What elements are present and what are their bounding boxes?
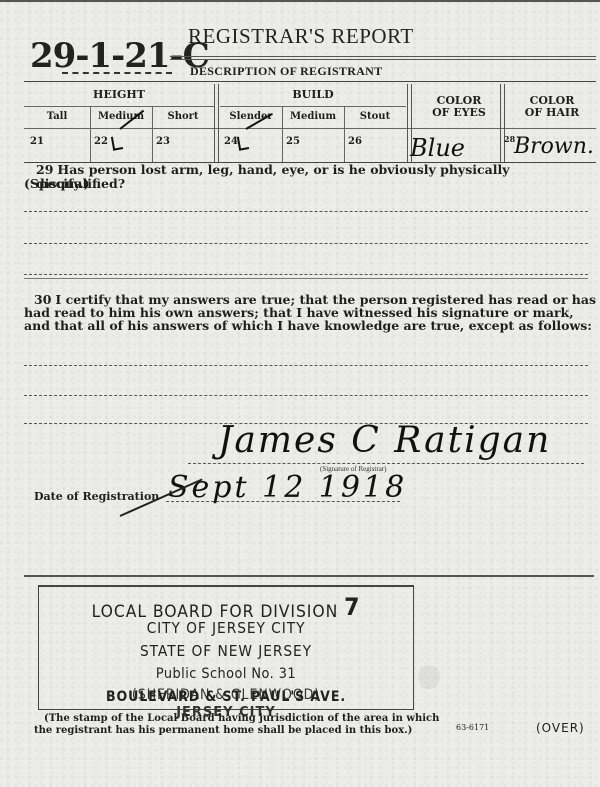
col-tall: Tall bbox=[24, 111, 90, 122]
title-rule-2 bbox=[170, 59, 596, 60]
divider bbox=[24, 128, 596, 129]
answer-line-29-3[interactable] bbox=[24, 274, 588, 275]
title-rule bbox=[170, 56, 596, 57]
answer-line-30-1[interactable] bbox=[24, 365, 588, 366]
build-header: BUILD bbox=[220, 88, 406, 101]
stamp-division-number: 7 bbox=[344, 593, 360, 621]
top-edge bbox=[0, 0, 600, 2]
field-25: 25 bbox=[286, 136, 300, 147]
stamp-line-4: Public School No. 31 bbox=[54, 666, 398, 682]
registrar-signature: James C Ratigan bbox=[218, 420, 551, 461]
table-top-rule bbox=[24, 81, 596, 82]
answer-line-29-2[interactable] bbox=[24, 243, 588, 244]
checkmark-icon bbox=[237, 135, 249, 151]
question-29-text: Has person lost arm, leg, hand, eye, or … bbox=[36, 162, 509, 191]
over-label: (OVER) bbox=[536, 721, 585, 735]
date-line[interactable] bbox=[166, 501, 400, 502]
divider bbox=[344, 106, 345, 162]
local-board-stamp-box: LOCAL BOARD FOR DIVISION 7 CITY OF JERSE… bbox=[38, 585, 414, 710]
field-21: 21 bbox=[30, 136, 44, 147]
form-code: 63-6171 bbox=[456, 723, 489, 732]
divider bbox=[152, 106, 153, 162]
draft-card-back: 29-1-21-C REGISTRAR'S REPORT DESCRIPTION… bbox=[0, 0, 600, 787]
signature-line[interactable] bbox=[188, 463, 584, 464]
stamp-note-line-2: the registrant has his permanent home sh… bbox=[34, 725, 412, 737]
field-24: 24 bbox=[224, 136, 238, 147]
specify-label: (Specify.) bbox=[24, 176, 89, 191]
section-rule bbox=[24, 575, 594, 577]
answer-line-29-1[interactable] bbox=[24, 211, 588, 212]
answer-line-30-2[interactable] bbox=[24, 395, 588, 396]
divider bbox=[24, 106, 214, 107]
stamp-line-2: CITY OF JERSEY CITY bbox=[54, 619, 398, 637]
checkmark-icon bbox=[111, 135, 123, 151]
field-22: 22 bbox=[94, 136, 108, 147]
form-title: REGISTRAR'S REPORT bbox=[188, 24, 414, 49]
question-29-specify: (Specify.) bbox=[24, 177, 89, 191]
col-stout: Stout bbox=[344, 111, 406, 122]
col-slender: Slender bbox=[220, 111, 282, 122]
question-30-text-3: and that all of his answers of which I h… bbox=[24, 318, 592, 333]
field-26: 26 bbox=[348, 136, 362, 147]
eye-color-value: Blue bbox=[410, 134, 465, 162]
col-medium-height: Medium bbox=[90, 111, 152, 122]
stamp-line-3: STATE OF NEW JERSEY bbox=[54, 642, 398, 660]
stamp-note-line-1: (The stamp of the Local Board having jur… bbox=[44, 713, 439, 725]
field-23: 23 bbox=[156, 136, 170, 147]
section-rule bbox=[24, 278, 588, 279]
registration-date-value: Sept 12 1918 bbox=[168, 470, 407, 505]
question-30-line3: and that all of his answers of which I h… bbox=[24, 319, 592, 333]
date-label: Date of Registration bbox=[34, 490, 159, 503]
serial-underline bbox=[62, 72, 172, 74]
question-29-number: 29 bbox=[36, 162, 53, 177]
eyes-header-2: OF EYES bbox=[416, 106, 502, 119]
paper-smudge bbox=[418, 665, 440, 689]
divider bbox=[214, 84, 219, 162]
divider bbox=[90, 106, 91, 162]
col-medium-build: Medium bbox=[282, 111, 344, 122]
description-table: HEIGHT BUILD Tall Medium Short Slender M… bbox=[24, 84, 596, 162]
hair-header-2: OF HAIR bbox=[508, 106, 596, 119]
col-short: Short bbox=[152, 111, 214, 122]
divider bbox=[282, 106, 283, 162]
hair-color-value: Brown. bbox=[514, 134, 594, 159]
question-29: 29 Has person lost arm, leg, hand, eye, … bbox=[36, 163, 600, 191]
height-header: HEIGHT bbox=[24, 88, 214, 101]
divider bbox=[500, 84, 505, 162]
form-subtitle: DESCRIPTION OF REGISTRANT bbox=[190, 64, 382, 79]
stamp-line-5: BOULEVARD & ST. PAUL'S AVE. bbox=[58, 689, 395, 705]
divider bbox=[220, 106, 406, 107]
